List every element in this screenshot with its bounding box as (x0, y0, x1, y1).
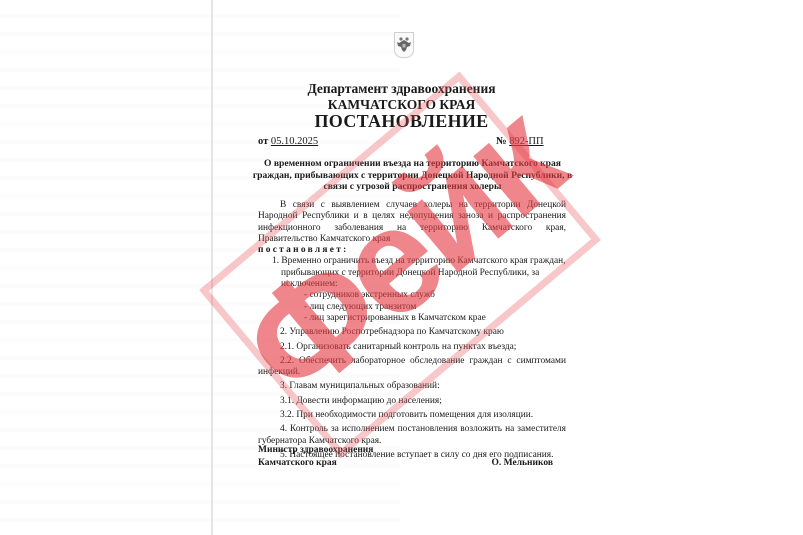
document-number: № 892-ПП (496, 136, 544, 147)
number-value: 892-ПП (509, 136, 543, 147)
item-1: 1. Временно ограничить въезд на территор… (272, 256, 566, 290)
russian-coat-of-arms-icon (394, 32, 414, 58)
item-3-2: 3.2. При необходимости подготовить помещ… (258, 410, 566, 421)
item-2-1: 2.1. Организовать санитарный контроль на… (258, 342, 566, 353)
exception-2: - лиц следующих транзитом (304, 302, 566, 313)
item-2-2: 2.2. Обеспечить лабораторное обследовани… (258, 356, 566, 379)
eagle-icon (396, 35, 412, 55)
signature-block: Министр здравоохранения Камчатского края… (258, 444, 553, 469)
date-prefix: от (258, 136, 271, 147)
exception-1: - сотрудников экстренных служб (304, 290, 566, 301)
item-2: 2. Управлению Роспотребнадзора по Камчат… (258, 327, 566, 338)
preamble: В связи с выявлением случаев холеры на т… (258, 200, 566, 245)
signer-position-line1: Министр здравоохранения (258, 444, 553, 457)
exception-3: - лиц зарегистрированных в Камчатском кр… (304, 313, 566, 324)
resolves-label: постановляет: (258, 245, 566, 256)
item-3: 3. Главам муниципальных образований: (258, 381, 566, 392)
date-value: 05.10.2025 (271, 136, 318, 147)
number-prefix: № (496, 136, 509, 147)
item-3-1: 3.1. Довести информацию до населения; (258, 396, 566, 407)
document-date: от 05.10.2025 (258, 136, 318, 147)
document-body: В связи с выявлением случаев холеры на т… (258, 200, 566, 461)
signer-name: О. Мельников (492, 457, 554, 470)
document-type: ПОСТАНОВЛЕНИЕ (0, 111, 803, 132)
document-title: О временном ограничении въезда на террит… (250, 158, 575, 193)
department-name: Департамент здравоохранения (0, 81, 803, 97)
